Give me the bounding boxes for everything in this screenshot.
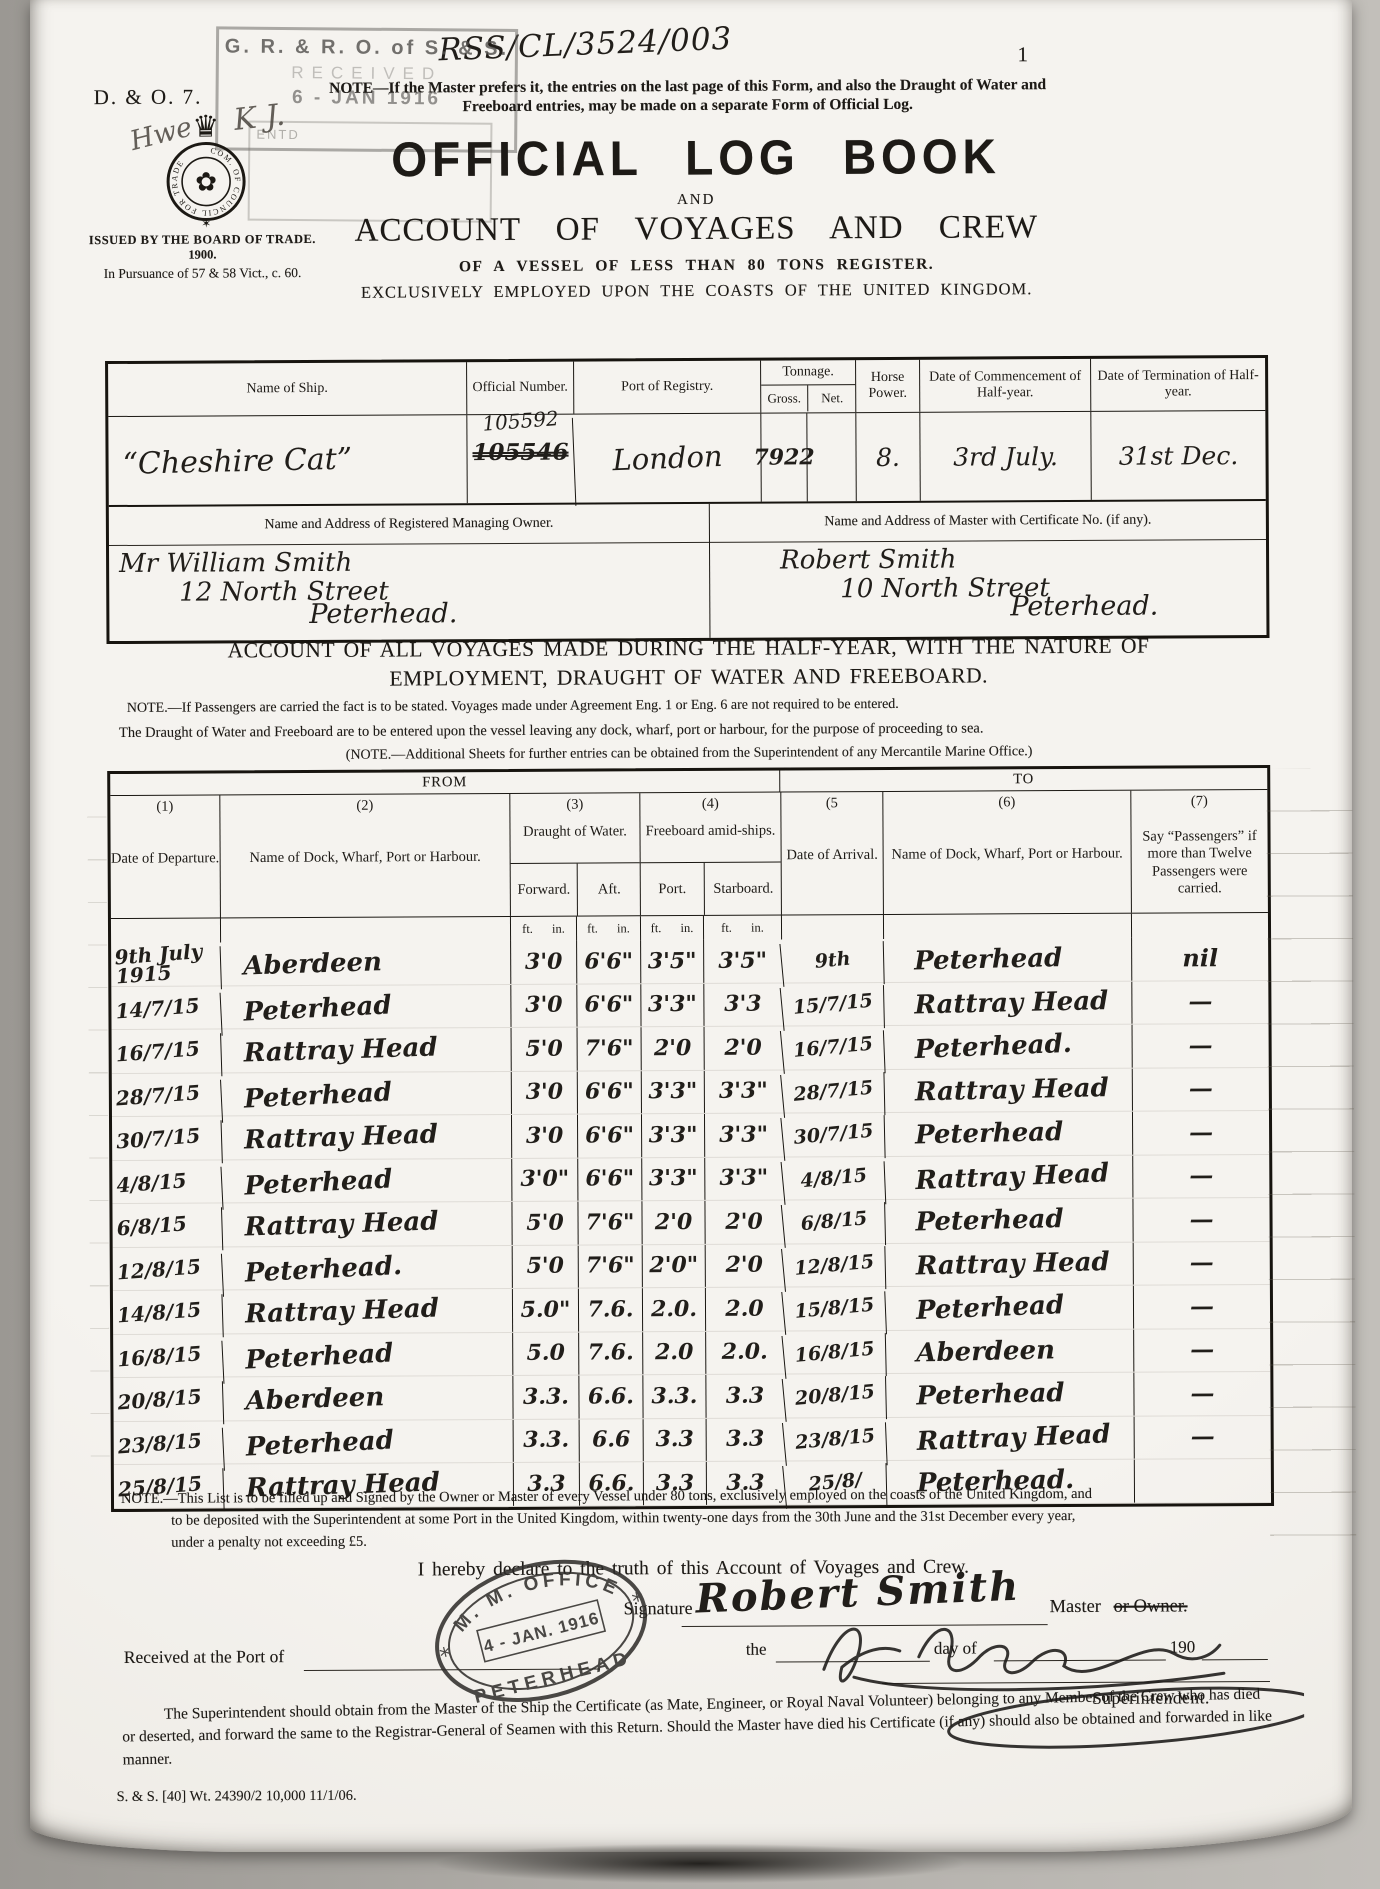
col2-label: Name of Dock, Wharf, Port or Harbour. bbox=[221, 849, 510, 868]
passengers-cell: — bbox=[1131, 980, 1268, 1023]
draught-aft-cell: 7'6" bbox=[578, 1245, 642, 1288]
svg-text:♛: ♛ bbox=[192, 109, 219, 144]
draught-forward-cell: 5'0 bbox=[511, 1202, 577, 1245]
passengers-cell: — bbox=[1132, 1198, 1269, 1241]
commencement-value: 3rd July. bbox=[919, 412, 1090, 501]
departure-date-cell: 23/8/15 bbox=[112, 1417, 224, 1468]
col-draught-header: (3) Draught of Water. Forward. Aft. bbox=[509, 793, 640, 916]
freeboard-port-cell: 3'3" bbox=[641, 1070, 704, 1113]
freeboard-port-cell: 3'5" bbox=[640, 940, 703, 983]
termination-header: Date of Termination of Half-year. bbox=[1090, 358, 1265, 411]
draught-label: Draught of Water. bbox=[510, 823, 639, 841]
col2-number: (2) bbox=[220, 797, 509, 816]
col6-label: Name of Dock, Wharf, Port or Harbour. bbox=[884, 845, 1131, 864]
issued-by-block: ISSUED BY THE BOARD OF TRADE. 1900. In P… bbox=[82, 232, 322, 282]
draught-forward-cell: 3'0 bbox=[511, 1071, 577, 1114]
passengers-cell: — bbox=[1132, 1111, 1269, 1154]
port-label: Port. bbox=[641, 863, 704, 915]
freeboard-starboard-cell: 3'3" bbox=[704, 1114, 782, 1157]
owner-master-band: Name and Address of Registered Managing … bbox=[109, 499, 1267, 641]
to-port-cell: Peterhead bbox=[885, 1371, 1134, 1419]
to-port-cell: Rattray Head bbox=[885, 1412, 1135, 1464]
received-stamp-org: G. R. & R. O. of S. & S. bbox=[219, 35, 515, 61]
to-port-cell: Peterhead bbox=[884, 1197, 1133, 1245]
ruled-margin-lines bbox=[1266, 769, 1356, 1559]
arrival-date-cell: 15/8/15 bbox=[781, 1283, 886, 1335]
col-passengers-header: (7) Say “Passengers” if more than Twelve… bbox=[1130, 790, 1268, 913]
freeboard-port-cell: 3'3" bbox=[640, 983, 703, 1026]
voyages-note-1: NOTE.—If Passengers are carried the fact… bbox=[127, 697, 899, 717]
voyage-row: 9th July 1915 Aberdeen 3'0 6'6" 3'5" 3'5… bbox=[111, 937, 1268, 987]
commencement-header: Date of Commencement of Half-year. bbox=[919, 359, 1090, 412]
freeboard-starboard-cell: 3.3 bbox=[705, 1375, 783, 1418]
col7-label: Say “Passengers” if more than Twelve Pas… bbox=[1131, 828, 1267, 898]
passengers-cell: — bbox=[1134, 1415, 1271, 1458]
freeboard-label: Freeboard amid-ships. bbox=[640, 823, 780, 841]
freeboard-starboard-cell: 2'0 bbox=[705, 1244, 783, 1287]
col4-number: (4) bbox=[640, 796, 780, 814]
book-bottom-edge bbox=[360, 1838, 1040, 1889]
draught-aft-cell: 6'6" bbox=[577, 1114, 641, 1157]
title-and: AND bbox=[326, 190, 1066, 211]
freeboard-port-cell: 3'3" bbox=[641, 1157, 704, 1200]
starboard-label: Starboard. bbox=[704, 863, 782, 915]
freeboard-port-cell: 2.0 bbox=[642, 1331, 705, 1374]
ship-name-value: “Cheshire Cat” bbox=[108, 412, 468, 508]
net-label: Net. bbox=[807, 385, 856, 411]
unit-ft-in: ft. in. bbox=[640, 916, 703, 940]
tonnage-header: Tonnage. Gross. Net. bbox=[760, 360, 855, 412]
draught-forward-cell: 3'0 bbox=[510, 941, 576, 984]
arrival-date-cell: 9th bbox=[779, 935, 884, 987]
master-column: Name and Address of Master with Certific… bbox=[709, 501, 1267, 638]
departure-date-cell: 9th July 1915 bbox=[110, 939, 222, 990]
voyages-section-title: ACCOUNT OF ALL VOYAGES MADE DURING THE H… bbox=[118, 633, 1258, 693]
departure-date-cell: 4/8/15 bbox=[111, 1156, 223, 1207]
passengers-cell: — bbox=[1132, 1024, 1269, 1067]
declaration-line: I hereby declare to the truth of this Ac… bbox=[123, 1555, 1263, 1583]
arrival-date-cell: 6/8/15 bbox=[781, 1196, 886, 1248]
title-block: OFFICIAL LOG BOOK AND ACCOUNT OF VOYAGES… bbox=[326, 128, 1067, 303]
issued-year: 1900. bbox=[82, 247, 322, 263]
printer-imprint: S. & S. [40] Wt. 24390/2 10,000 11/1/06. bbox=[117, 1788, 357, 1806]
master-value: Robert Smith 10 North Street Peterhead. bbox=[710, 540, 1266, 628]
passengers-cell: — bbox=[1133, 1285, 1270, 1328]
board-of-trade-seal-icon: ♛ COM. OF COUNCIL FOR TRADE ✿ ✶ bbox=[154, 106, 259, 234]
voyages-title-line2: EMPLOYMENT, DRAUGHT OF WATER AND FREEBOA… bbox=[119, 662, 1259, 693]
to-band-label: TO bbox=[780, 768, 1267, 793]
svg-text:✿: ✿ bbox=[195, 167, 217, 197]
freeboard-starboard-cell: 3'3 bbox=[703, 983, 781, 1026]
units-empty bbox=[1131, 913, 1268, 938]
footer-note: NOTE.—This List is to be filled up and S… bbox=[121, 1483, 1271, 1554]
voyages-title-line1: ACCOUNT OF ALL VOYAGES MADE DURING THE H… bbox=[118, 633, 1258, 664]
to-port-cell: Peterhead bbox=[884, 1281, 1134, 1333]
col1-label: Date of Departure. bbox=[111, 850, 220, 868]
arrival-date-cell: 16/7/15 bbox=[780, 1022, 885, 1074]
form-title: OFFICIAL LOG BOOK bbox=[333, 127, 1058, 188]
freeboard-starboard-cell: 3'3" bbox=[704, 1070, 782, 1113]
official-number-new: 105592 bbox=[481, 406, 559, 436]
freeboard-starboard-cell: 3'3" bbox=[704, 1157, 782, 1200]
draught-forward-cell: 3'0 bbox=[510, 984, 576, 1027]
freeboard-port-cell: 2'0" bbox=[642, 1244, 705, 1287]
ship-table-header-row: Name of Ship. Official Number. Port of R… bbox=[108, 358, 1265, 417]
col-to-port-header: (6) Name of Dock, Wharf, Port or Harbour… bbox=[882, 791, 1131, 914]
superintendent-signature bbox=[704, 1595, 1305, 1783]
draught-aft-cell: 6'6" bbox=[576, 984, 640, 1027]
tonnage-label: Tonnage. bbox=[761, 360, 855, 385]
departure-date-cell: 16/8/15 bbox=[112, 1330, 224, 1381]
freeboard-port-cell: 2'0 bbox=[641, 1027, 704, 1070]
master-town: Peterhead. bbox=[1010, 591, 1256, 622]
freeboard-port-cell: 2.0. bbox=[642, 1288, 705, 1331]
port-of-registry-header: Port of Registry. bbox=[573, 361, 760, 414]
passengers-cell: — bbox=[1133, 1241, 1270, 1284]
header-note: NOTE—If the Master prefers it, the entri… bbox=[314, 76, 1062, 118]
to-port-cell: Rattray Head bbox=[884, 1240, 1133, 1288]
freeboard-starboard-cell: 2.0. bbox=[705, 1331, 783, 1374]
freeboard-port-cell: 2'0 bbox=[641, 1201, 704, 1244]
footer-note-l1: NOTE.—This List is to be filled up and S… bbox=[121, 1486, 1092, 1507]
forward-label: Forward. bbox=[511, 864, 577, 916]
units-empty bbox=[883, 914, 1131, 939]
port-of-registry-value: London bbox=[572, 410, 762, 505]
voyages-header-row: (1) Date of Departure. (2) Name of Dock,… bbox=[110, 790, 1268, 918]
draught-forward-cell: 3'0" bbox=[511, 1158, 577, 1201]
draught-aft-cell: 7.6. bbox=[578, 1288, 642, 1331]
to-port-cell: Peterhead bbox=[883, 936, 1132, 984]
col-departure-header: (1) Date of Departure. bbox=[110, 795, 220, 918]
unit-ft-in: ft. in. bbox=[510, 917, 576, 941]
page-content: 1 RSS/CL/3524/003 G. R. & R. O. of S. & … bbox=[0, 0, 1380, 1856]
freeboard-starboard-cell: 3.3 bbox=[706, 1418, 784, 1461]
to-port-cell: Rattray Head bbox=[884, 1151, 1134, 1203]
gross-tonnage-value: 7922 bbox=[760, 413, 806, 501]
draught-forward-cell: 3'0 bbox=[511, 1115, 577, 1158]
departure-date-cell: 28/7/15 bbox=[110, 1069, 222, 1120]
issued-by-line: ISSUED BY THE BOARD OF TRADE. bbox=[82, 232, 322, 248]
col5-label: Date of Arrival. bbox=[782, 847, 883, 865]
master-header: Name and Address of Master with Certific… bbox=[710, 501, 1266, 543]
official-number-value: 105592 105546 bbox=[466, 415, 573, 504]
page-number: 1 bbox=[1017, 42, 1028, 67]
draught-aft-cell: 6.6 bbox=[579, 1419, 643, 1462]
passengers-cell: nil bbox=[1131, 937, 1268, 980]
voyage-row: 14/8/15 Rattray Head 5.0" 7.6. 2.0. 2.0 … bbox=[113, 1285, 1270, 1335]
col-from-port-header: (2) Name of Dock, Wharf, Port or Harbour… bbox=[219, 794, 510, 918]
freeboard-port-cell: 3'3" bbox=[641, 1114, 704, 1157]
draught-forward-cell: 5.0 bbox=[512, 1332, 578, 1375]
voyage-row: 16/7/15 Rattray Head 5'0 7'6" 2'0 2'0 16… bbox=[112, 1024, 1269, 1074]
form-subtitle: ACCOUNT OF VOYAGES AND CREW bbox=[326, 209, 1066, 250]
aft-label: Aft. bbox=[577, 863, 641, 915]
col3-number: (3) bbox=[510, 796, 639, 814]
voyage-row: 6/8/15 Rattray Head 5'0 7'6" 2'0 2'0 6/8… bbox=[112, 1198, 1269, 1248]
to-port-cell: Aberdeen bbox=[885, 1327, 1134, 1375]
draught-aft-cell: 7'6" bbox=[577, 1201, 641, 1244]
gross-label: Gross. bbox=[761, 385, 807, 411]
freeboard-starboard-cell: 2'0 bbox=[704, 1027, 782, 1070]
form-subtitle-2: OF A VESSEL OF LESS THAN 80 TONS REGISTE… bbox=[327, 255, 1067, 277]
departure-date-cell: 14/8/15 bbox=[112, 1287, 224, 1338]
freeboard-starboard-cell: 2'0 bbox=[704, 1201, 782, 1244]
col1-number: (1) bbox=[110, 798, 219, 816]
passengers-cell: — bbox=[1133, 1328, 1270, 1371]
voyages-table: FROM TO (1) Date of Departure. (2) Name … bbox=[107, 765, 1274, 1512]
arrival-date-cell: 30/7/15 bbox=[780, 1109, 885, 1161]
ship-table-value-row: “Cheshire Cat” 105592 105546 London 7922… bbox=[108, 411, 1265, 505]
freeboard-port-cell: 3.3. bbox=[642, 1375, 705, 1418]
passengers-cell: — bbox=[1132, 1154, 1269, 1197]
departure-date-cell: 6/8/15 bbox=[111, 1200, 223, 1251]
voyage-rows: 9th July 1915 Aberdeen 3'0 6'6" 3'5" 3'5… bbox=[111, 937, 1271, 1509]
stamp-date-text: 4 - JAN. 1916 bbox=[482, 1608, 602, 1656]
freeboard-starboard-cell: 3'5" bbox=[703, 940, 781, 983]
owner-town: Peterhead. bbox=[309, 598, 699, 630]
col6-number: (6) bbox=[883, 794, 1130, 812]
owner-name: Mr William Smith bbox=[119, 547, 699, 579]
passengers-cell: — bbox=[1133, 1372, 1270, 1415]
departure-date-cell: 12/8/15 bbox=[111, 1243, 223, 1294]
draught-aft-cell: 6.6. bbox=[578, 1375, 642, 1418]
draught-forward-cell: 3.3. bbox=[513, 1419, 579, 1462]
departure-date-cell: 16/7/15 bbox=[110, 1026, 222, 1077]
col7-number: (7) bbox=[1131, 793, 1267, 811]
owner-value: Mr William Smith 12 North Street Peterhe… bbox=[109, 543, 709, 635]
draught-aft-cell: 6'6" bbox=[577, 1158, 641, 1201]
departure-date-cell: 30/7/15 bbox=[111, 1113, 223, 1164]
form-subtitle-3: EXCLUSIVELY EMPLOYED UPON THE COASTS OF … bbox=[327, 279, 1067, 303]
unit-ft-in: ft. in. bbox=[703, 916, 781, 940]
col5-number: (5 bbox=[781, 795, 882, 813]
ship-details-table: Name of Ship. Official Number. Port of R… bbox=[105, 355, 1269, 644]
departure-date-cell: 14/7/15 bbox=[110, 982, 222, 1033]
freeboard-starboard-cell: 2.0 bbox=[705, 1288, 783, 1331]
master-name: Robert Smith bbox=[780, 544, 1256, 575]
official-number-struck: 105546 bbox=[472, 439, 568, 467]
draught-forward-cell: 5'0 bbox=[512, 1245, 578, 1288]
to-port-cell: Peterhead bbox=[884, 1110, 1133, 1158]
draught-aft-cell: 7'6" bbox=[577, 1027, 641, 1070]
to-port-cell: Rattray Head bbox=[883, 979, 1132, 1027]
owner-column: Name and Address of Registered Managing … bbox=[109, 504, 710, 641]
termination-value: 31st Dec. bbox=[1090, 411, 1265, 500]
draught-forward-cell: 5'0 bbox=[511, 1028, 577, 1071]
voyages-note-2: The Draught of Water and Freeboard are t… bbox=[119, 720, 984, 742]
draught-aft-cell: 7.6. bbox=[578, 1332, 642, 1375]
col-freeboard-header: (4) Freeboard amid-ships. Port. Starboar… bbox=[639, 793, 781, 916]
col-arrival-header: (5 Date of Arrival. bbox=[780, 792, 883, 915]
ship-name-header: Name of Ship. bbox=[108, 362, 466, 416]
svg-text:✶: ✶ bbox=[201, 216, 211, 228]
voyages-note-3: (NOTE.—Additional Sheets for further ent… bbox=[119, 743, 1259, 765]
horse-power-header: Horse Power. bbox=[855, 360, 919, 412]
received-at-port-label: Received at the Port of bbox=[124, 1646, 284, 1668]
unit-ft-in: ft. in. bbox=[576, 916, 640, 940]
arrival-date-cell: 20/8/15 bbox=[782, 1370, 887, 1422]
freeboard-port-cell: 3.3 bbox=[643, 1418, 706, 1461]
draught-aft-cell: 6'6" bbox=[576, 940, 640, 983]
draught-forward-cell: 3.3. bbox=[512, 1376, 578, 1419]
to-port-cell: Rattray Head bbox=[883, 1066, 1132, 1114]
departure-date-cell: 20/8/15 bbox=[112, 1374, 224, 1425]
pursuance-line: In Pursuance of 57 & 58 Vict., c. 60. bbox=[83, 265, 323, 282]
draught-aft-cell: 6'6" bbox=[577, 1071, 641, 1114]
passengers-cell: — bbox=[1132, 1067, 1269, 1110]
draught-forward-cell: 5.0" bbox=[512, 1289, 578, 1332]
horse-power-value: 8. bbox=[855, 413, 919, 501]
ruled-margin-lines bbox=[87, 775, 110, 1485]
to-port-cell: Peterhead. bbox=[883, 1020, 1133, 1072]
owner-header: Name and Address of Registered Managing … bbox=[109, 504, 709, 546]
